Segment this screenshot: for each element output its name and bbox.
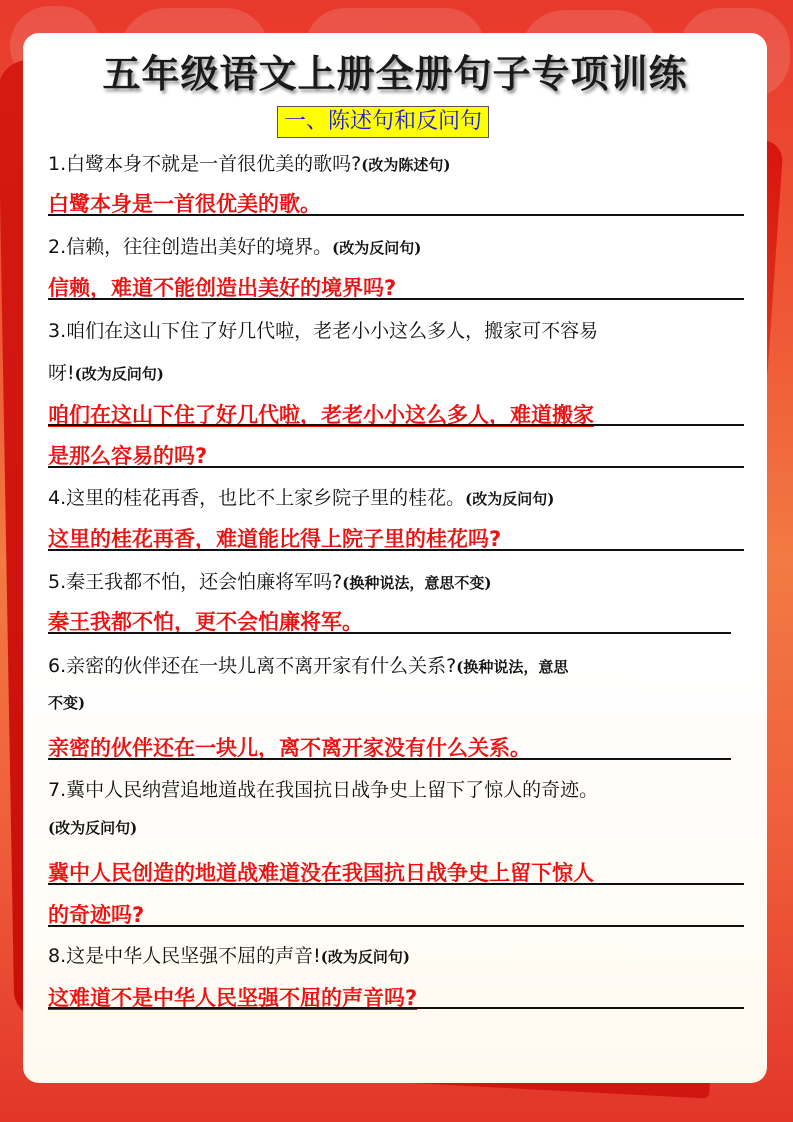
section-heading: 一、陈述句和反问句 [277, 106, 489, 138]
page-title: 五年级语文上册全册句子专项训练 [23, 43, 767, 98]
question-2: 2.信赖，往往创造出美好的境界。(改为反问句) [48, 232, 421, 259]
question-7-continued: (改为反问句) [48, 817, 137, 838]
answer-line [48, 758, 731, 760]
answer-line [48, 214, 744, 216]
question-3-continued: 呀!(改为反问句) [48, 358, 164, 385]
question-3: 3.咱们在这山下住了好几代啦，老老小小这么多人，搬家可不容易 [48, 316, 598, 343]
worksheet-card: 五年级语文上册全册句子专项训练 一、陈述句和反问句 1.白鹭本身不就是一首很优美… [23, 33, 767, 1083]
question-8: 8.这是中华人民坚强不屈的声音!(改为反问句) [48, 941, 410, 968]
question-4: 4.这里的桂花再香，也比不上家乡院子里的桂花。(改为反问句) [48, 483, 554, 510]
answer-line [48, 424, 744, 426]
answer-line [48, 883, 744, 885]
answer-line [48, 1007, 744, 1009]
question-7: 7.冀中人民纳营追地道战在我国抗日战争史上留下了惊人的奇迹。 [48, 775, 598, 802]
question-6-continued: 不变) [48, 692, 85, 713]
question-5: 5.秦王我都不怕，还会怕廉将军吗?(换种说法，意思不变) [48, 567, 491, 594]
answer-line [48, 298, 744, 300]
answer-line [48, 466, 744, 468]
answer-line [48, 549, 744, 551]
question-6: 6.亲密的伙伴还在一块儿离不离开家有什么关系?(换种说法，意思 [48, 651, 568, 678]
answer-line [48, 925, 744, 927]
answer-line [48, 632, 731, 634]
question-1: 1.白鹭本身不就是一首很优美的歌吗?(改为陈述句) [48, 149, 450, 176]
